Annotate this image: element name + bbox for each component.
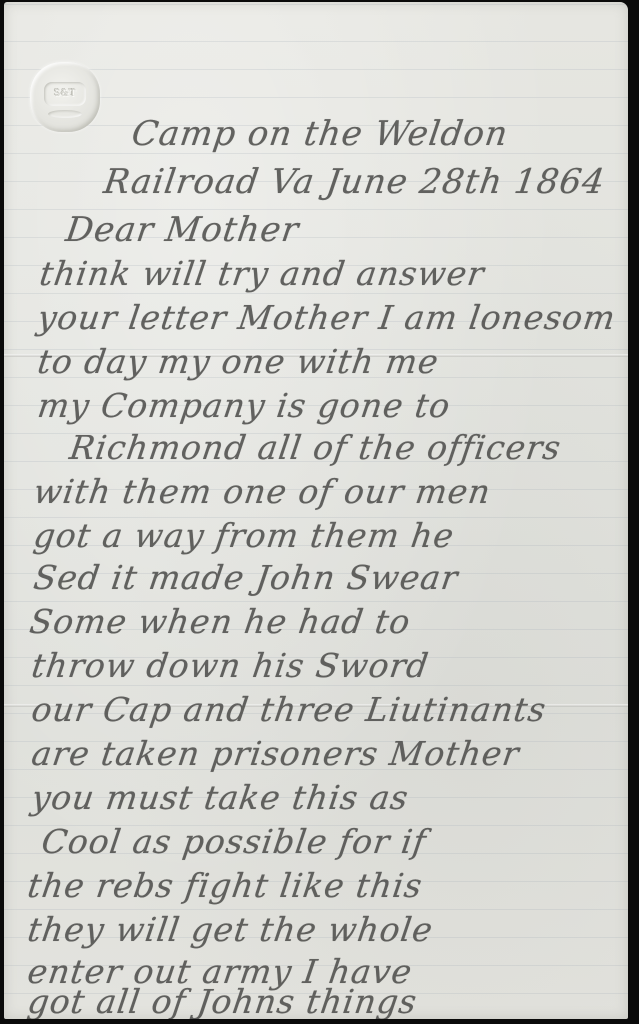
body-line: Some when he had to xyxy=(27,602,413,641)
letter-text: Camp on the Weldon Railroad Va June 28th… xyxy=(4,2,628,1019)
salutation: Dear Mother xyxy=(63,210,302,250)
letter-page: S&T Camp on the Weldon Railroad Va June … xyxy=(4,2,628,1019)
body-line: to day my one with me xyxy=(35,342,441,381)
body-line: Sed it made John Swear xyxy=(31,558,461,597)
body-line: got all of Johns things xyxy=(25,982,419,1019)
body-line: throw down his Sword xyxy=(29,646,431,685)
body-line: with them one of our men xyxy=(31,472,493,511)
body-line: my Company is gone to xyxy=(35,386,453,425)
body-line: your letter Mother I am lonesom xyxy=(35,298,618,337)
body-line: Cool as possible for if xyxy=(39,822,429,861)
header-location-line1: Camp on the Weldon xyxy=(129,114,511,154)
body-line: are taken prisoners Mother xyxy=(29,734,522,773)
body-line: our Cap and three Liutinants xyxy=(29,690,549,729)
header-location-date: Railroad Va June 28th 1864 xyxy=(101,162,608,202)
body-line: Richmond all of the officers xyxy=(67,428,564,467)
body-line: the rebs fight like this xyxy=(25,866,425,905)
body-line: think will try and answer xyxy=(37,254,487,293)
body-line: got a way from them he xyxy=(31,516,457,555)
body-line: they will get the whole xyxy=(25,910,435,949)
body-line: you must take this as xyxy=(29,778,411,817)
